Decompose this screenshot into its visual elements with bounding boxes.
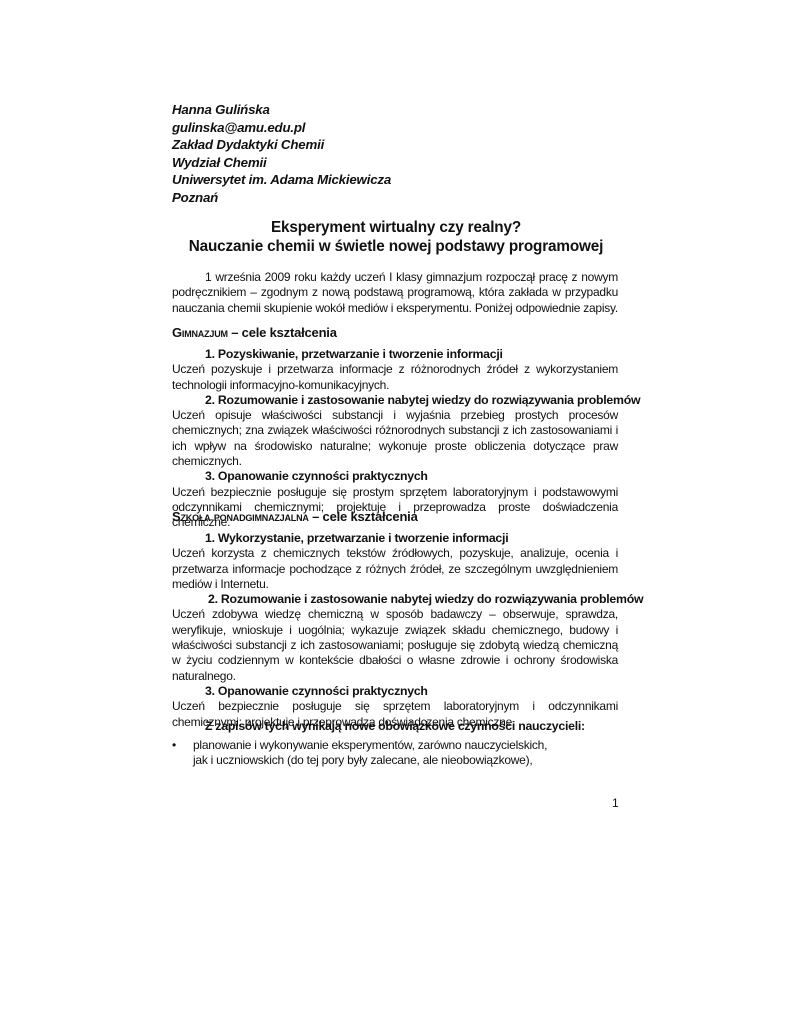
author-block: Hanna Gulińska gulinska@amu.edu.pl Zakła… — [172, 101, 391, 207]
intro-paragraph: 1 września 2009 roku każdy uczeń I klasy… — [172, 270, 618, 316]
author-department: Zakład Dydaktyki Chemii — [172, 136, 391, 154]
author-university: Uniwersytet im. Adama Mickiewicza — [172, 171, 391, 189]
goal-title: 3. Opanowanie czynności praktycznych — [172, 469, 618, 484]
title-line-1: Eksperyment wirtualny czy realny? — [172, 219, 620, 238]
title-line-2: Nauczanie chemii w świetle nowej podstaw… — [172, 238, 620, 257]
document-page: Hanna Gulińska gulinska@amu.edu.pl Zakła… — [0, 0, 791, 1024]
page-number: 1 — [612, 796, 619, 810]
conclusion-heading: Z zapisów tych wynikają nowe obowiązkowe… — [205, 719, 585, 733]
document-title: Eksperyment wirtualny czy realny? Naucza… — [172, 219, 620, 256]
goal-title: 3. Opanowanie czynności praktycznych — [172, 684, 618, 699]
author-email: gulinska@amu.edu.pl — [172, 119, 391, 137]
goal-title: 2. Rozumowanie i zastosowanie nabytej wi… — [172, 592, 618, 607]
bullet-line: jak i uczniowskich (do tej pory były zal… — [193, 753, 547, 768]
bullet-icon: • — [172, 738, 186, 753]
section-heading-gimnazjum: Gimnazjum – cele kształcenia — [172, 325, 337, 340]
goal-title: 2. Rozumowanie i zastosowanie nabytej wi… — [172, 393, 618, 408]
bullet-line: planowanie i wykonywanie eksperymentów, … — [193, 738, 547, 753]
goal-title: 1. Pozyskiwanie, przetwarzanie i tworzen… — [172, 347, 618, 362]
author-name: Hanna Gulińska — [172, 101, 391, 119]
section-ponadgimnazjalna: 1. Wykorzystanie, przetwarzanie i tworze… — [172, 531, 618, 730]
section-heading-ponadgimnazjalna: Szkoła ponadgimnazjalna – cele kształcen… — [172, 509, 418, 524]
goal-title: 1. Wykorzystanie, przetwarzanie i tworze… — [172, 531, 618, 546]
author-faculty: Wydział Chemii — [172, 154, 391, 172]
goal-text: Uczeń korzysta z chemicznych tekstów źró… — [172, 546, 618, 592]
goal-text: Uczeń zdobywa wiedzę chemiczną w sposób … — [172, 607, 618, 683]
author-city: Poznań — [172, 189, 391, 207]
goal-text: Uczeń pozyskuje i przetwarza informacje … — [172, 362, 618, 393]
goal-text: Uczeń opisuje właściwości substancji i w… — [172, 408, 618, 469]
section-gimnazjum: 1. Pozyskiwanie, przetwarzanie i tworzen… — [172, 347, 618, 531]
